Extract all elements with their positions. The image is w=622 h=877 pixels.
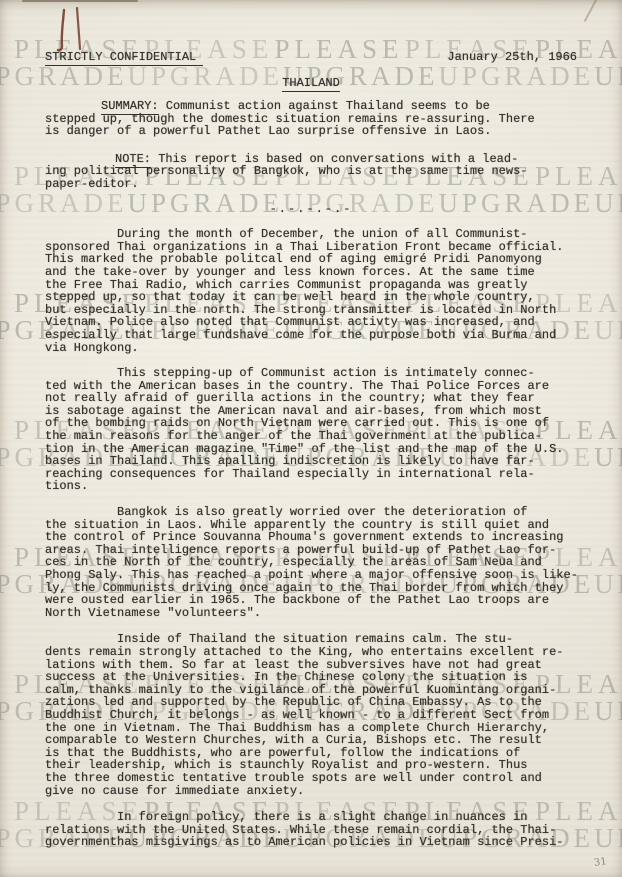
paragraph-december-union: During the month of December, the union … xyxy=(45,228,577,354)
document-page: { "page": { "classification": "STRICTLY … xyxy=(0,0,622,877)
document-header: STRICTLY CONFIDENTIAL January 25th, 1966 xyxy=(45,50,577,66)
paragraph-american-bases: This stepping-up of Communist action is … xyxy=(45,367,577,493)
paragraph-inside-thailand: Inside of Thailand the situation remains… xyxy=(45,633,577,797)
document-body: STRICTLY CONFIDENTIAL January 25th, 1966… xyxy=(0,0,622,849)
scan-edge-shadow xyxy=(22,0,138,2)
section-divider: -.-.-.-.- xyxy=(45,203,577,216)
paragraph-foreign-policy: In foreign policy, there is a slight cha… xyxy=(45,811,577,849)
note-paragraph: NOTE: This report is based on conversati… xyxy=(45,153,577,191)
title-row: THAILAND xyxy=(45,76,577,90)
pencil-page-number: 31 xyxy=(594,856,608,869)
summary-paragraph: SUMMARY: Communist action against Thaila… xyxy=(45,100,577,138)
document-date: January 25th, 1966 xyxy=(447,50,577,64)
paragraph-laos-situation: Bangkok is also greatly worried over the… xyxy=(45,506,577,619)
red-pen-marks xyxy=(40,2,100,58)
page-title: THAILAND xyxy=(282,76,340,92)
